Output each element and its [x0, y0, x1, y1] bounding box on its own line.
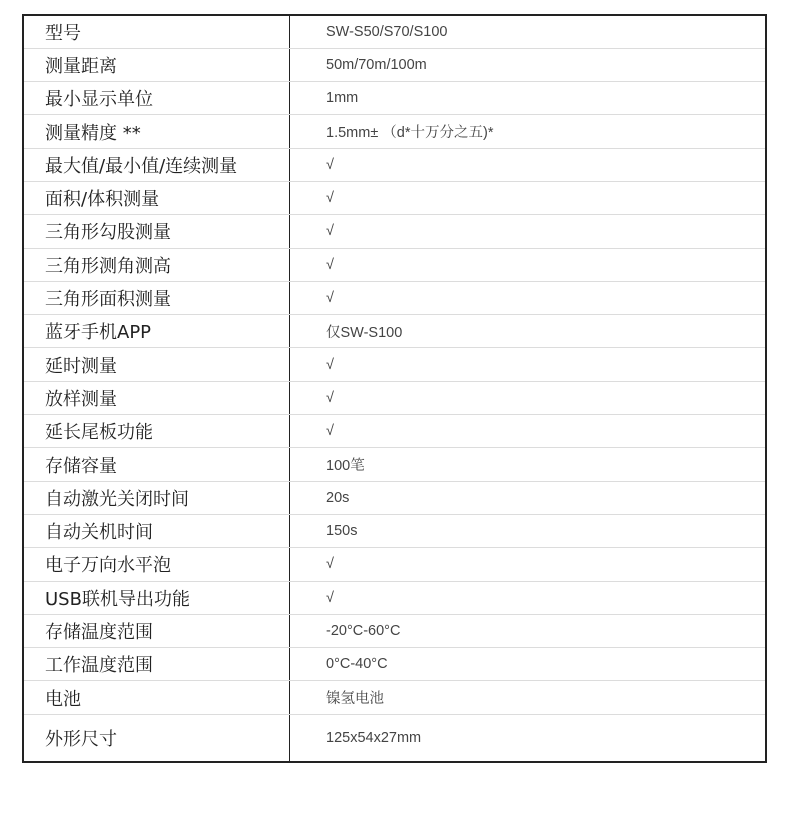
spec-value: 125x54x27mm: [290, 714, 767, 762]
spec-label: 存储容量: [23, 448, 290, 481]
table-row: 蓝牙手机APP仅SW-S100: [23, 315, 766, 348]
spec-value: √: [290, 548, 767, 581]
table-row: 存储容量100笔: [23, 448, 766, 481]
table-row: 三角形测角测高√: [23, 248, 766, 281]
table-row: USB联机导出功能√: [23, 581, 766, 614]
spec-value: √: [290, 415, 767, 448]
table-row: 三角形面积测量√: [23, 281, 766, 314]
spec-value: √: [290, 215, 767, 248]
spec-table: 型号SW-S50/S70/S100测量距离50m/70m/100m最小显示单位1…: [22, 14, 767, 763]
spec-label: 电池: [23, 681, 290, 714]
spec-label: 存储温度范围: [23, 614, 290, 647]
spec-label: 型号: [23, 15, 290, 48]
table-row: 工作温度范围0°C-40°C: [23, 648, 766, 681]
spec-label: 测量精度 **: [23, 115, 290, 148]
spec-value: 20s: [290, 481, 767, 514]
spec-label: 自动关机时间: [23, 514, 290, 547]
spec-value: 100笔: [290, 448, 767, 481]
spec-label: 三角形测角测高: [23, 248, 290, 281]
spec-value: 50m/70m/100m: [290, 48, 767, 81]
spec-value: 镍氢电池: [290, 681, 767, 714]
spec-value: √: [290, 348, 767, 381]
spec-value: 150s: [290, 514, 767, 547]
table-row: 三角形勾股测量√: [23, 215, 766, 248]
spec-value: √: [290, 281, 767, 314]
spec-value: √: [290, 181, 767, 214]
spec-label: 工作温度范围: [23, 648, 290, 681]
spec-label: 延长尾板功能: [23, 415, 290, 448]
table-row: 外形尺寸125x54x27mm: [23, 714, 766, 762]
spec-table-body: 型号SW-S50/S70/S100测量距离50m/70m/100m最小显示单位1…: [23, 15, 766, 762]
table-row: 最大值/最小值/连续测量√: [23, 148, 766, 181]
spec-label: 电子万向水平泡: [23, 548, 290, 581]
table-row: 测量精度 **1.5mm± （d*十万分之五)*: [23, 115, 766, 148]
spec-value: √: [290, 381, 767, 414]
spec-value: 1.5mm± （d*十万分之五)*: [290, 115, 767, 148]
table-row: 电子万向水平泡√: [23, 548, 766, 581]
spec-value: 1mm: [290, 82, 767, 115]
spec-value: SW-S50/S70/S100: [290, 15, 767, 48]
spec-label: USB联机导出功能: [23, 581, 290, 614]
table-row: 测量距离50m/70m/100m: [23, 48, 766, 81]
table-row: 延长尾板功能√: [23, 415, 766, 448]
table-row: 型号SW-S50/S70/S100: [23, 15, 766, 48]
spec-value: 仅SW-S100: [290, 315, 767, 348]
spec-value: -20°C-60°C: [290, 614, 767, 647]
table-row: 电池镍氢电池: [23, 681, 766, 714]
table-row: 最小显示单位1mm: [23, 82, 766, 115]
spec-label: 三角形面积测量: [23, 281, 290, 314]
spec-value: √: [290, 248, 767, 281]
table-row: 自动关机时间150s: [23, 514, 766, 547]
spec-label: 外形尺寸: [23, 714, 290, 762]
spec-label: 延时测量: [23, 348, 290, 381]
spec-label: 自动激光关闭时间: [23, 481, 290, 514]
table-row: 面积/体积测量√: [23, 181, 766, 214]
table-row: 延时测量√: [23, 348, 766, 381]
spec-label: 测量距离: [23, 48, 290, 81]
spec-value: 0°C-40°C: [290, 648, 767, 681]
table-row: 放样测量√: [23, 381, 766, 414]
spec-label: 面积/体积测量: [23, 181, 290, 214]
table-row: 存储温度范围-20°C-60°C: [23, 614, 766, 647]
spec-label: 蓝牙手机APP: [23, 315, 290, 348]
spec-label: 三角形勾股测量: [23, 215, 290, 248]
table-row: 自动激光关闭时间20s: [23, 481, 766, 514]
spec-label: 最大值/最小值/连续测量: [23, 148, 290, 181]
spec-value: √: [290, 148, 767, 181]
spec-value: √: [290, 581, 767, 614]
spec-label: 放样测量: [23, 381, 290, 414]
spec-label: 最小显示单位: [23, 82, 290, 115]
